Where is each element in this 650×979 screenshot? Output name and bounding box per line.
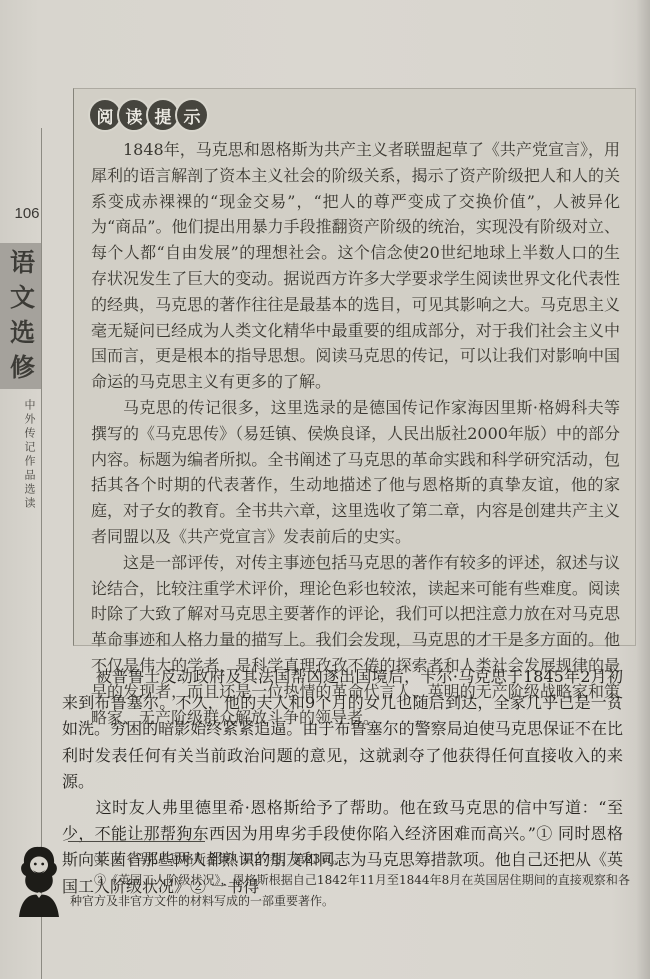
- series-title-block: 语文选修: [0, 243, 41, 389]
- marx-portrait-sketch: [14, 844, 64, 918]
- page-edge-shadow: [636, 0, 650, 979]
- footnote-item-1: ① 见《马克思恩格斯全集》第27卷，第23页。: [70, 849, 630, 870]
- badge-char-circle: 示: [175, 98, 209, 132]
- page-number: 106: [12, 205, 42, 222]
- reading-tips-text: 1848年，马克思和恩格斯为共产主义者联盟起草了《共产党宣言》，用犀利的语言解剖…: [91, 137, 620, 730]
- series-title-vertical: 语文选修: [3, 243, 39, 389]
- tips-paragraph-2: 马克思的传记很多，这里选录的是德国传记作家海因里斯·格姆科夫等撰写的《马克思传》…: [91, 395, 620, 550]
- footnote-divider: [68, 841, 205, 842]
- body-paragraph-1: 被普鲁士反动政府及其法国帮凶逐出国境后，卡尔·马克思于1845年2月初来到布鲁塞…: [62, 664, 623, 795]
- tips-paragraph-1: 1848年，马克思和恩格斯为共产主义者联盟起草了《共产党宣言》，用犀利的语言解剖…: [91, 137, 620, 395]
- footnotes: ① 见《马克思恩格斯全集》第27卷，第23页。 ②《英国工人阶级状况》，恩格斯根…: [70, 849, 630, 912]
- footnote-item-2: ②《英国工人阶级状况》，恩格斯根据自己1842年11月至1844年8月在英国居住…: [70, 870, 630, 912]
- reading-tips-badge: 阅 读 提 示: [88, 98, 209, 132]
- subseries-title-vertical: 中外传记作品选读: [21, 399, 38, 519]
- reading-tips-box: 阅 读 提 示 1848年，马克思和恩格斯为共产主义者联盟起草了《共产党宣言》，…: [73, 88, 636, 646]
